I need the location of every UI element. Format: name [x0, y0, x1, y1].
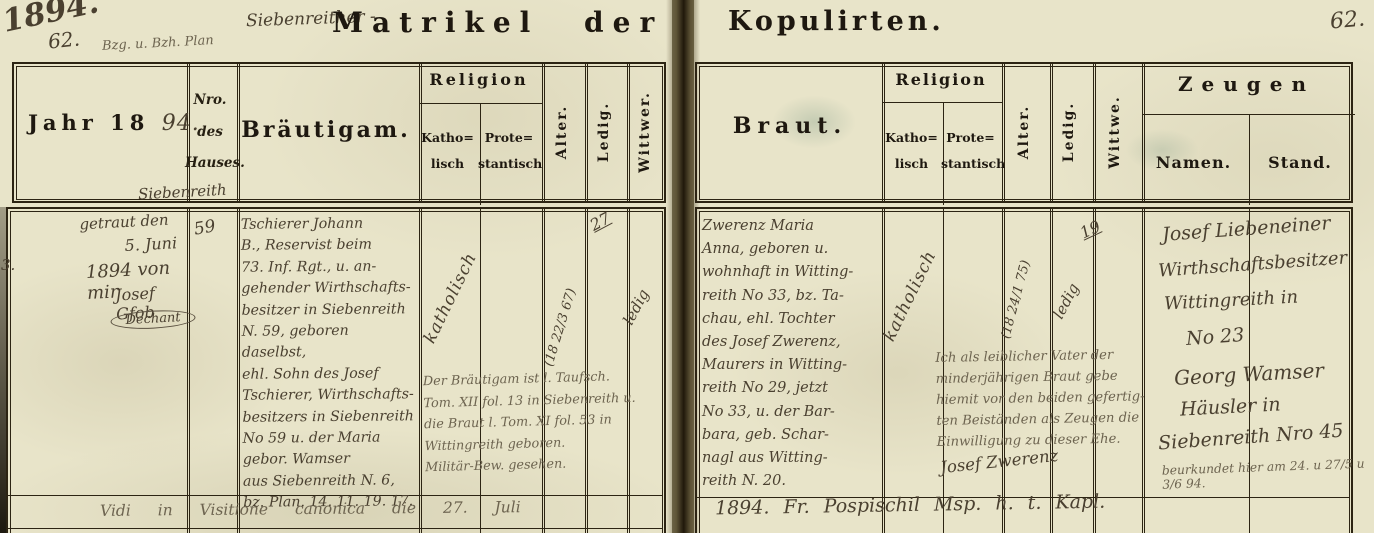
catholic-header-right2: lisch [882, 156, 941, 171]
register-title-left: Matrikel der [332, 6, 663, 39]
protestant-header-right2: stantisch [941, 156, 1000, 171]
marriage-note-line: 5. Juni [124, 232, 195, 260]
religion-header-left: Religion [417, 70, 541, 89]
visitation-note: Vidi in Visitione canonica die 27. Juli [100, 498, 521, 520]
house-col-header-des: des [185, 124, 235, 140]
column-line [480, 103, 481, 205]
catholic-header-right: Katho= [882, 130, 941, 145]
house-col-header-nro: Nro. [185, 92, 235, 108]
widow-column-header: Wittwe. [1107, 82, 1123, 182]
religion-divider-line [419, 103, 542, 104]
house-number: 59 [192, 216, 217, 239]
column-line [237, 209, 240, 533]
protestant-header-left: Prote= [478, 130, 540, 145]
page-number-right: 62. [1329, 7, 1366, 35]
row-divider-line [8, 528, 663, 529]
bride-column-header: Braut. [700, 113, 880, 139]
protestant-header-right: Prote= [941, 130, 1000, 145]
single-column-header-left: Ledig. [596, 82, 612, 182]
column-line [1050, 64, 1053, 201]
witness-names-header: Namen. [1140, 153, 1247, 172]
column-line [943, 102, 944, 205]
groom-column-header: Bräutigam. [237, 117, 415, 143]
witnesses-header: Zeugen [1140, 72, 1353, 96]
column-line [1093, 64, 1096, 201]
religion-header-right: Religion [882, 70, 1000, 89]
entry-margin-number: 3. [1, 256, 15, 274]
register-scan: 1894. 62. Siebenreither - Bzg. u. Bzh. P… [0, 0, 1374, 533]
house-col-header-hauses: Hauses. [185, 155, 235, 171]
column-line [542, 64, 545, 201]
single-column-header-right: Ledig. [1061, 82, 1077, 182]
protestant-header-left2: stantisch [478, 156, 540, 171]
marriage-date-note: getraut den 5. Juni 1894 von mir Josef G… [13, 209, 199, 335]
age-column-header-right: Alter. [1016, 82, 1032, 182]
witness-occupation-header: Stand. [1247, 153, 1353, 172]
year-column-header: Jahr 18 94. [28, 110, 200, 136]
witness-divider-line [1142, 114, 1355, 115]
catholic-header-left2: lisch [417, 156, 478, 171]
widower-column-header: Wittwer. [637, 82, 653, 182]
witness-line: No 23 [1185, 324, 1245, 350]
catholic-header-left: Katho= [417, 130, 478, 145]
groom-entry-text: Tschierer Johann B., Reservist beim 73. … [241, 213, 418, 514]
column-line [627, 64, 630, 201]
bride-entry-text: Zwerenz Maria Anna, geboren u. wohnhaft … [702, 215, 882, 493]
column-line [585, 64, 588, 201]
register-title-right: Kopulirten. [728, 6, 945, 37]
year-printed: Jahr 18 [28, 110, 149, 135]
column-line [1002, 64, 1005, 201]
page-number-left: 62. [47, 26, 81, 53]
religion-divider-line [882, 102, 1002, 103]
age-column-header-left: Alter. [554, 82, 570, 182]
consent-note: Ich als leiblicher Vater der minderjähri… [935, 344, 1157, 453]
